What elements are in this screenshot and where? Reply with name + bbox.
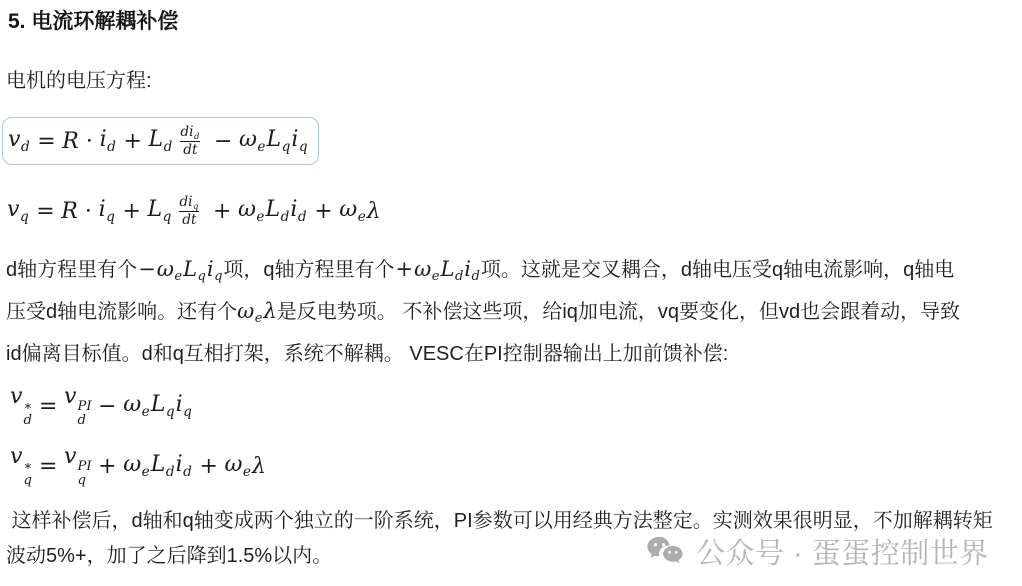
formula-vd: vd=R⋅id+Lddiddt−ωeLqiq <box>8 124 309 158</box>
math-subscript: q <box>183 404 192 420</box>
math-identifier: L <box>151 392 166 417</box>
fraction-numerator: diq <box>176 194 202 211</box>
math-subscript: e <box>257 139 265 155</box>
math-identifier: ω <box>123 452 141 477</box>
math-identifier: v <box>10 384 22 409</box>
math-symbol: Ld <box>266 197 291 224</box>
math-identifier: i <box>176 452 183 477</box>
math-symbol: vq <box>7 197 30 224</box>
math-operator: − <box>138 257 156 281</box>
math-symbol: λ <box>367 199 381 224</box>
math-subscript: q <box>106 209 115 225</box>
math-supsub: ∗d <box>23 400 32 428</box>
math-operator: + <box>123 129 141 154</box>
math-subscript: q <box>163 209 172 225</box>
formula-vd-compensated: v∗d=vPId−ωeLqiq <box>10 383 193 429</box>
math-operator: = <box>39 454 57 479</box>
math-identifier: i <box>291 127 298 152</box>
math-identifier: v <box>64 444 76 469</box>
math-symbol: ωe <box>239 127 267 154</box>
math-symbol: ωe <box>237 294 263 336</box>
math-identifier: ω <box>339 197 357 222</box>
math-symbol: did <box>180 124 200 141</box>
fraction-denominator: dt <box>179 211 199 228</box>
math-identifier: ω <box>414 257 431 281</box>
math-identifier: i <box>176 392 183 417</box>
math-identifier: L <box>266 197 281 222</box>
math-subscript: q <box>282 139 291 155</box>
math-symbol: iq <box>291 127 308 154</box>
math-symbol: ωe <box>123 392 151 419</box>
math-identifier: di <box>179 194 192 210</box>
math-subscript: d <box>77 414 85 428</box>
intro-text: 电机的电压方程: <box>6 64 152 93</box>
math-symbol: Ld <box>440 252 464 294</box>
math-symbol: id <box>290 197 307 224</box>
inline-math: ωeλ <box>237 299 277 323</box>
math-symbol: ωe <box>224 452 252 479</box>
math-operator: ⋅ <box>85 129 93 154</box>
text-line: 这样补偿后，d轴和q轴变成两个独立的一阶系统，PI参数可以用经典方法整定。实测效… <box>6 504 993 539</box>
math-symbol: λ <box>252 454 266 479</box>
math-superscript: ∗ <box>23 400 32 414</box>
math-identifier: i <box>100 127 107 152</box>
math-identifier: λ <box>367 199 381 224</box>
math-identifier: v <box>64 384 76 409</box>
math-identifier: R <box>62 129 79 154</box>
math-symbol: Lq <box>183 252 207 294</box>
math-subscript: e <box>256 209 264 225</box>
math-subscript: q <box>299 139 308 155</box>
math-fraction: diqdt <box>176 194 202 228</box>
math-subscript: d <box>298 209 307 225</box>
document-page: 5. 电流环解耦补偿 电机的电压方程: vd=R⋅id+Lddiddt−ωeLq… <box>0 0 1022 586</box>
math-subscript: e <box>174 269 182 284</box>
math-identifier: λ <box>263 299 276 323</box>
math-subscript: d <box>23 414 31 428</box>
math-operator: + <box>314 199 332 224</box>
math-subscript: d <box>164 139 173 155</box>
math-subscript: q <box>166 404 175 420</box>
math-operator: − <box>98 394 116 419</box>
math-symbol: ωe <box>157 252 183 294</box>
text-line: d轴方程里有个−ωeLqiq项，q轴方程里有个+ωeLdid项。这就是交叉耦合，… <box>6 252 960 294</box>
math-identifier: v <box>10 444 22 469</box>
math-identifier: L <box>151 452 166 477</box>
math-subscript: d <box>107 139 116 155</box>
text-run: 这样补偿后，d轴和q轴变成两个独立的一阶系统，PI参数可以用经典方法整定。实测效… <box>6 510 993 532</box>
math-symbol: v∗q <box>10 444 32 487</box>
math-symbol: vd <box>8 127 31 154</box>
text-line: id偏离目标值。d和q互相打架，系统不解耦。 VESC在PI控制器输出上加前馈补… <box>6 337 960 372</box>
math-subscript: q <box>193 201 198 211</box>
math-symbol: diq <box>179 194 199 211</box>
math-identifier: dt <box>183 142 197 158</box>
math-operator: ⋅ <box>84 199 92 224</box>
math-symbol: ωe <box>238 197 266 224</box>
math-operator: − <box>214 129 232 154</box>
paragraph-coupling-explanation: d轴方程里有个−ωeLqiq项，q轴方程里有个+ωeLdid项。这就是交叉耦合，… <box>6 252 960 371</box>
math-subscript: q <box>20 209 29 225</box>
math-operator: + <box>199 454 217 479</box>
math-symbol: Lq <box>267 127 292 154</box>
math-fraction: diddt <box>177 124 203 158</box>
math-subscript: e <box>243 464 251 480</box>
math-identifier: L <box>148 197 163 222</box>
math-identifier: L <box>183 257 197 281</box>
math-symbol: iq <box>99 197 116 224</box>
math-operator: = <box>37 129 55 154</box>
math-identifier: i <box>207 257 214 281</box>
math-identifier: i <box>290 197 297 222</box>
text-run: 是反电势项。 不补偿这些项，给iq加电流，vq要变化，但vd也会跟着动，导致 <box>277 301 960 323</box>
math-subscript: e <box>432 269 440 284</box>
math-identifier: λ <box>252 454 266 479</box>
math-symbol: iq <box>176 392 193 419</box>
paragraph-result: 这样补偿后，d轴和q轴变成两个独立的一阶系统，PI参数可以用经典方法整定。实测效… <box>6 504 993 573</box>
math-identifier: di <box>180 124 193 140</box>
inline-math: +ωeLdid <box>395 257 481 281</box>
math-operator: = <box>39 394 57 419</box>
math-operator: + <box>396 257 414 281</box>
formula-vq-compensated: v∗q=vPIq+ωeLdid+ωeλ <box>10 443 266 489</box>
math-supsub: PIq <box>77 460 91 488</box>
math-symbol: vPId <box>64 384 92 427</box>
math-superscript: PI <box>77 400 91 414</box>
math-subscript: d <box>455 269 463 284</box>
fraction-numerator: did <box>177 124 203 141</box>
math-supsub: ∗q <box>23 460 32 488</box>
math-subscript: q <box>214 269 222 284</box>
text-line: 波动5%+，加了之后降到1.5%以内。 <box>6 539 993 574</box>
text-run: 压受d轴电流影响。还有个 <box>6 301 237 323</box>
math-subscript: d <box>166 464 175 480</box>
math-identifier: ω <box>157 257 174 281</box>
math-symbol: R <box>62 129 79 154</box>
math-subscript: e <box>142 464 150 480</box>
math-identifier: i <box>99 197 106 222</box>
text-run: d轴方程里有个 <box>6 259 137 281</box>
math-subscript: d <box>194 131 199 141</box>
math-identifier: i <box>464 257 471 281</box>
math-symbol: ωe <box>123 452 151 479</box>
math-symbol: Lq <box>151 392 176 419</box>
math-identifier: v <box>8 127 20 152</box>
math-supsub: PId <box>77 400 91 428</box>
text-line: 压受d轴电流影响。还有个ωeλ是反电势项。 不补偿这些项，给iq加电流，vq要变… <box>6 294 960 336</box>
math-identifier: R <box>61 199 78 224</box>
math-symbol: Ld <box>149 127 174 154</box>
math-operator: + <box>98 454 116 479</box>
math-identifier: L <box>149 127 164 152</box>
math-symbol: vPIq <box>64 444 92 487</box>
math-subscript: q <box>23 474 31 488</box>
math-symbol: iq <box>207 252 224 294</box>
math-subscript: d <box>21 139 30 155</box>
math-symbol: dt <box>182 212 196 228</box>
math-operator: = <box>36 199 54 224</box>
text-run: id偏离目标值。d和q互相打架，系统不解耦。 VESC在PI控制器输出上加前馈补… <box>6 343 728 365</box>
fraction-denominator: dt <box>180 141 200 158</box>
formula-vq: vq=R⋅iq+Lqdiqdt+ωeLdid+ωeλ <box>7 183 381 239</box>
text-run: 项。这就是交叉耦合，d轴电压受q轴电流影响，q轴电 <box>481 259 954 281</box>
math-subscript: q <box>77 474 85 488</box>
math-identifier: ω <box>123 392 141 417</box>
formula-vd-highlight-box: vd=R⋅id+Lddiddt−ωeLqiq <box>2 117 319 165</box>
math-subscript: d <box>472 269 480 284</box>
math-superscript: PI <box>77 460 91 474</box>
math-identifier: v <box>7 197 19 222</box>
math-symbol: R <box>61 199 78 224</box>
math-identifier: ω <box>238 197 256 222</box>
math-symbol: λ <box>263 294 276 329</box>
math-operator: + <box>213 199 231 224</box>
math-subscript: d <box>281 209 290 225</box>
math-symbol: id <box>176 452 193 479</box>
math-symbol: ωe <box>339 197 367 224</box>
text-run: 项，q轴方程里有个 <box>223 259 394 281</box>
math-identifier: L <box>267 127 282 152</box>
math-subscript: e <box>358 209 366 225</box>
math-symbol: Lq <box>148 197 173 224</box>
math-symbol: ωe <box>414 252 440 294</box>
math-subscript: d <box>183 464 192 480</box>
math-subscript: q <box>198 269 206 284</box>
math-superscript: ∗ <box>23 460 32 474</box>
math-identifier: ω <box>224 452 242 477</box>
math-identifier: L <box>440 257 454 281</box>
math-subscript: e <box>255 311 263 326</box>
math-identifier: ω <box>239 127 257 152</box>
math-symbol: Ld <box>151 452 176 479</box>
math-identifier: ω <box>237 299 254 323</box>
math-symbol: id <box>464 252 481 294</box>
math-symbol: v∗d <box>10 384 32 427</box>
math-identifier: dt <box>182 212 196 228</box>
math-symbol: id <box>100 127 117 154</box>
math-subscript: e <box>142 404 150 420</box>
text-run: 波动5%+，加了之后降到1.5%以内。 <box>6 545 332 567</box>
section-title: 5. 电流环解耦补偿 <box>8 5 178 35</box>
math-operator: + <box>122 199 140 224</box>
inline-math: −ωeLqiq <box>137 257 223 281</box>
math-symbol: dt <box>183 142 197 158</box>
